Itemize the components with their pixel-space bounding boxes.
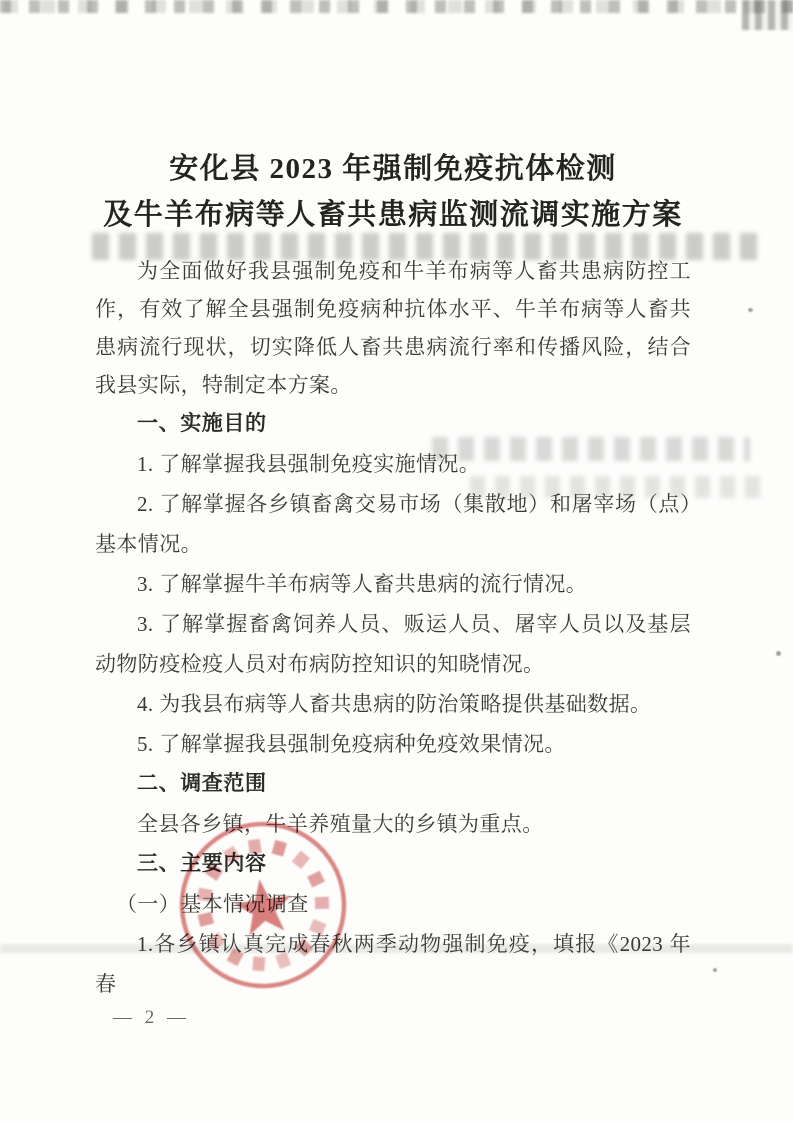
- title-line-2: 及牛羊布病等人畜共患病监测流调实施方案: [103, 199, 683, 231]
- title-line-1: 安化县 2023 年强制免疫抗体检测: [169, 153, 617, 185]
- seal-star-icon: [231, 875, 295, 937]
- list-item: 2. 了解掌握各乡镇畜禽交易市场（集散地）和屠宰场（点）基本情况。: [95, 484, 691, 564]
- list-item: 1. 了解掌握我县强制免疫实施情况。: [95, 444, 691, 484]
- paragraph-intro: 为全面做好我县强制免疫和牛羊布病等人畜共患病防控工作，有效了解全县强制免疫病种抗…: [95, 252, 691, 404]
- section-heading-2: 二、调查范围: [95, 764, 691, 804]
- ink-speck: [776, 651, 781, 656]
- list-item: 3. 了解掌握畜禽饲养人员、贩运人员、屠宰人员以及基层动物防疫检疫人员对布病防控…: [95, 604, 691, 684]
- ink-speck: [748, 308, 753, 312]
- ink-speck: [713, 968, 717, 972]
- list-item: 4. 为我县布病等人畜共患病的防治策略提供基础数据。: [95, 684, 691, 724]
- section-heading-1: 一、实施目的: [95, 404, 691, 444]
- page-number: — 2 —: [113, 1003, 190, 1033]
- list-item: 5. 了解掌握我县强制免疫病种免疫效果情况。: [95, 724, 691, 764]
- scanned-document-page: { "document": { "title_line1": "安化县 2023…: [0, 0, 793, 1121]
- official-seal-icon: [176, 818, 350, 992]
- list-item: 3. 了解掌握牛羊布病等人畜共患病的流行情况。: [95, 564, 691, 604]
- document-title: 安化县 2023 年强制免疫抗体检测 及牛羊布病等人畜共患病监测流调实施方案: [95, 146, 691, 238]
- scanner-noise-corner: [742, 0, 793, 30]
- scanner-noise-band: [0, 0, 793, 13]
